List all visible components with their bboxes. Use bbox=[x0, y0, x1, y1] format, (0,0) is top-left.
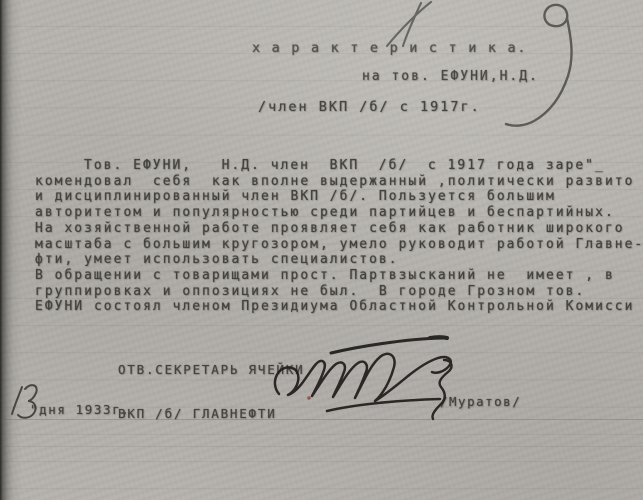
document-subtitle: на тов. ЕФУНИ,Н.Д. bbox=[362, 69, 539, 84]
body-line: комендовал себя как вполне выдержанный ,… bbox=[35, 174, 643, 190]
body-line: группировках и оппозициях не был. В горо… bbox=[35, 284, 643, 300]
body-line: На хозяйственной работе проявляет себя к… bbox=[35, 221, 643, 237]
body-line: авторитетом и популярностью среди партий… bbox=[35, 205, 643, 221]
ruled-line bbox=[0, 446, 643, 447]
signee-name: /Муратов/ bbox=[440, 394, 521, 409]
signatory-title: ОТВ.СЕКРЕТАРЬ ЯЧЕЙКИ ВКП /б/ ГЛАВНЕФТИ bbox=[118, 334, 305, 450]
body-line: В обращении с товарищами прост. Партвзыс… bbox=[35, 268, 643, 284]
scan-binding-edge bbox=[0, 0, 22, 500]
scanned-document-page: х а р а к т е р и с т и к а. на тов. ЕФУ… bbox=[0, 0, 643, 500]
date-line: "дня 1933г. bbox=[30, 402, 130, 417]
handwritten-page-number bbox=[506, 5, 572, 126]
body-line: и дисциплинированный член ВКП /б/. Польз… bbox=[35, 189, 643, 205]
document-title: х а р а к т е р и с т и к а. bbox=[252, 40, 527, 56]
red-ink-speck bbox=[307, 396, 310, 399]
party-membership-line: /член ВКП /б/ с 1917г. bbox=[258, 99, 481, 115]
body-line: Тов. ЕФУНИ, Н.Д. член ВКП /б/ с 1917 год… bbox=[35, 158, 643, 174]
ruled-line bbox=[0, 419, 643, 420]
document-body: Тов. ЕФУНИ, Н.Д. член ВКП /б/ с 1917 год… bbox=[35, 158, 643, 315]
body-line: масштаба с большим кругозором, умело рук… bbox=[35, 237, 643, 253]
body-line: ЕФУНИ состоял членом Президиума Областно… bbox=[35, 299, 643, 315]
signatory-title-line2: ВКП /б/ ГЛАВНЕФТИ bbox=[118, 407, 305, 422]
body-line: фти, умеет использовать специалистов. bbox=[35, 252, 643, 268]
signatory-title-line1: ОТВ.СЕКРЕТАРЬ ЯЧЕЙКИ bbox=[118, 363, 305, 378]
